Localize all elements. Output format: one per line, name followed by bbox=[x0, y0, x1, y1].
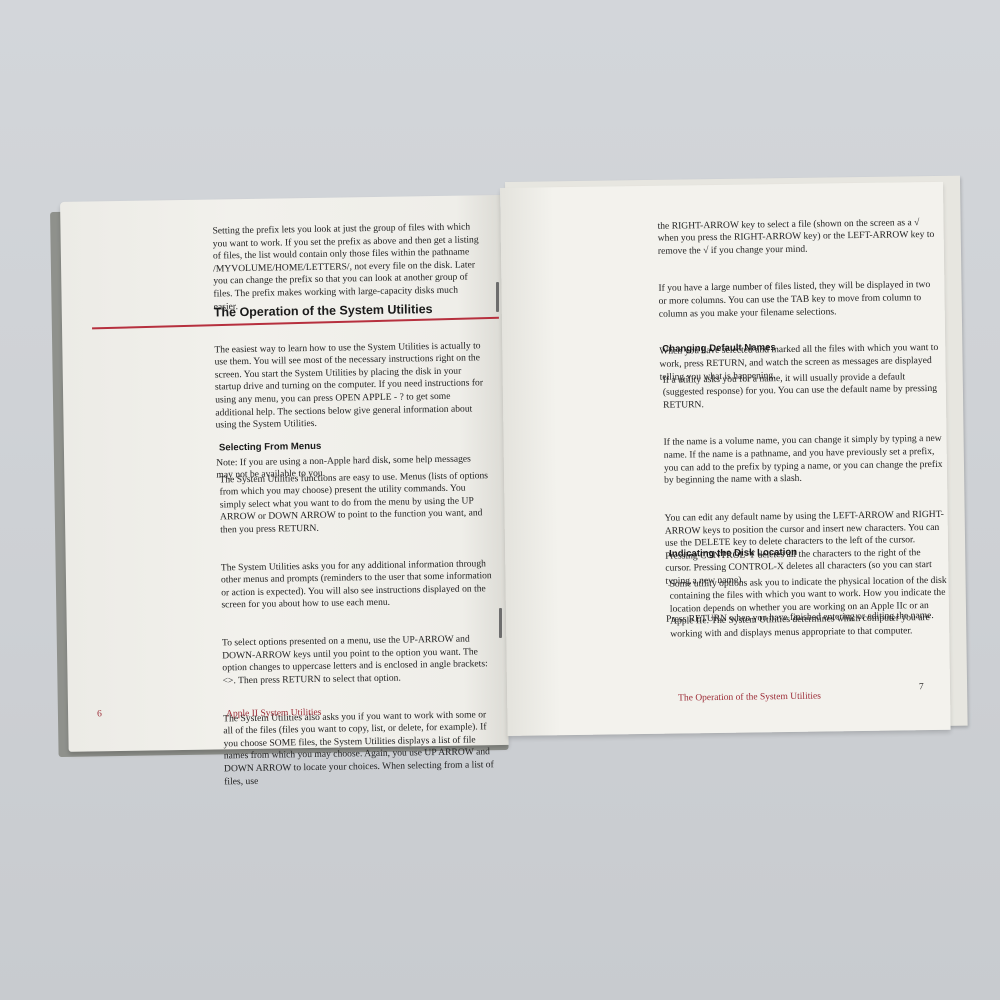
subsection-title-disk-location: Indicating the Disk Location bbox=[669, 547, 797, 560]
intro-paragraph: Setting the prefix lets you look at just… bbox=[212, 221, 483, 313]
paragraph: The System Utilities asks you for any ad… bbox=[221, 558, 494, 613]
left-page: Setting the prefix lets you look at just… bbox=[60, 195, 509, 752]
page-number-left: 6 bbox=[97, 709, 102, 719]
section-title: The Operation of the System Utilities bbox=[214, 302, 433, 319]
open-booklet: Setting the prefix lets you look at just… bbox=[0, 0, 1000, 1000]
staple-bottom bbox=[499, 608, 502, 638]
paragraph: If a utility asks you for a name, it wil… bbox=[663, 370, 944, 412]
running-title-left: Apple II System Utilities bbox=[226, 708, 321, 719]
paragraph: If you have a large number of files list… bbox=[658, 279, 939, 321]
paragraph: Some utility options ask you to indicate… bbox=[669, 574, 950, 641]
subsection-title-changing-default-names: Changing Default Names bbox=[662, 342, 776, 355]
running-title-right: The Operation of the System Utilities bbox=[678, 692, 821, 704]
paragraph: the RIGHT-ARROW key to select a file (sh… bbox=[657, 216, 938, 258]
subsection-title-selecting-menus: Selecting From Menus bbox=[219, 441, 322, 454]
staple-top bbox=[496, 282, 499, 312]
paragraph: The System Utilities functions are easy … bbox=[219, 470, 492, 537]
paragraph: The easiest way to learn how to use the … bbox=[214, 340, 487, 432]
page-number-right: 7 bbox=[919, 682, 924, 692]
right-page: the RIGHT-ARROW key to select a file (sh… bbox=[500, 182, 951, 736]
paragraph: To select options presented on a menu, u… bbox=[222, 633, 495, 688]
paragraph: The System Utilities also asks you if yo… bbox=[223, 709, 496, 789]
subsection2-body: Some utility options ask you to indicate… bbox=[669, 562, 950, 667]
subsection-body: The System Utilities functions are easy … bbox=[219, 457, 496, 813]
paragraph: If the name is a volume name, you can ch… bbox=[663, 433, 944, 487]
